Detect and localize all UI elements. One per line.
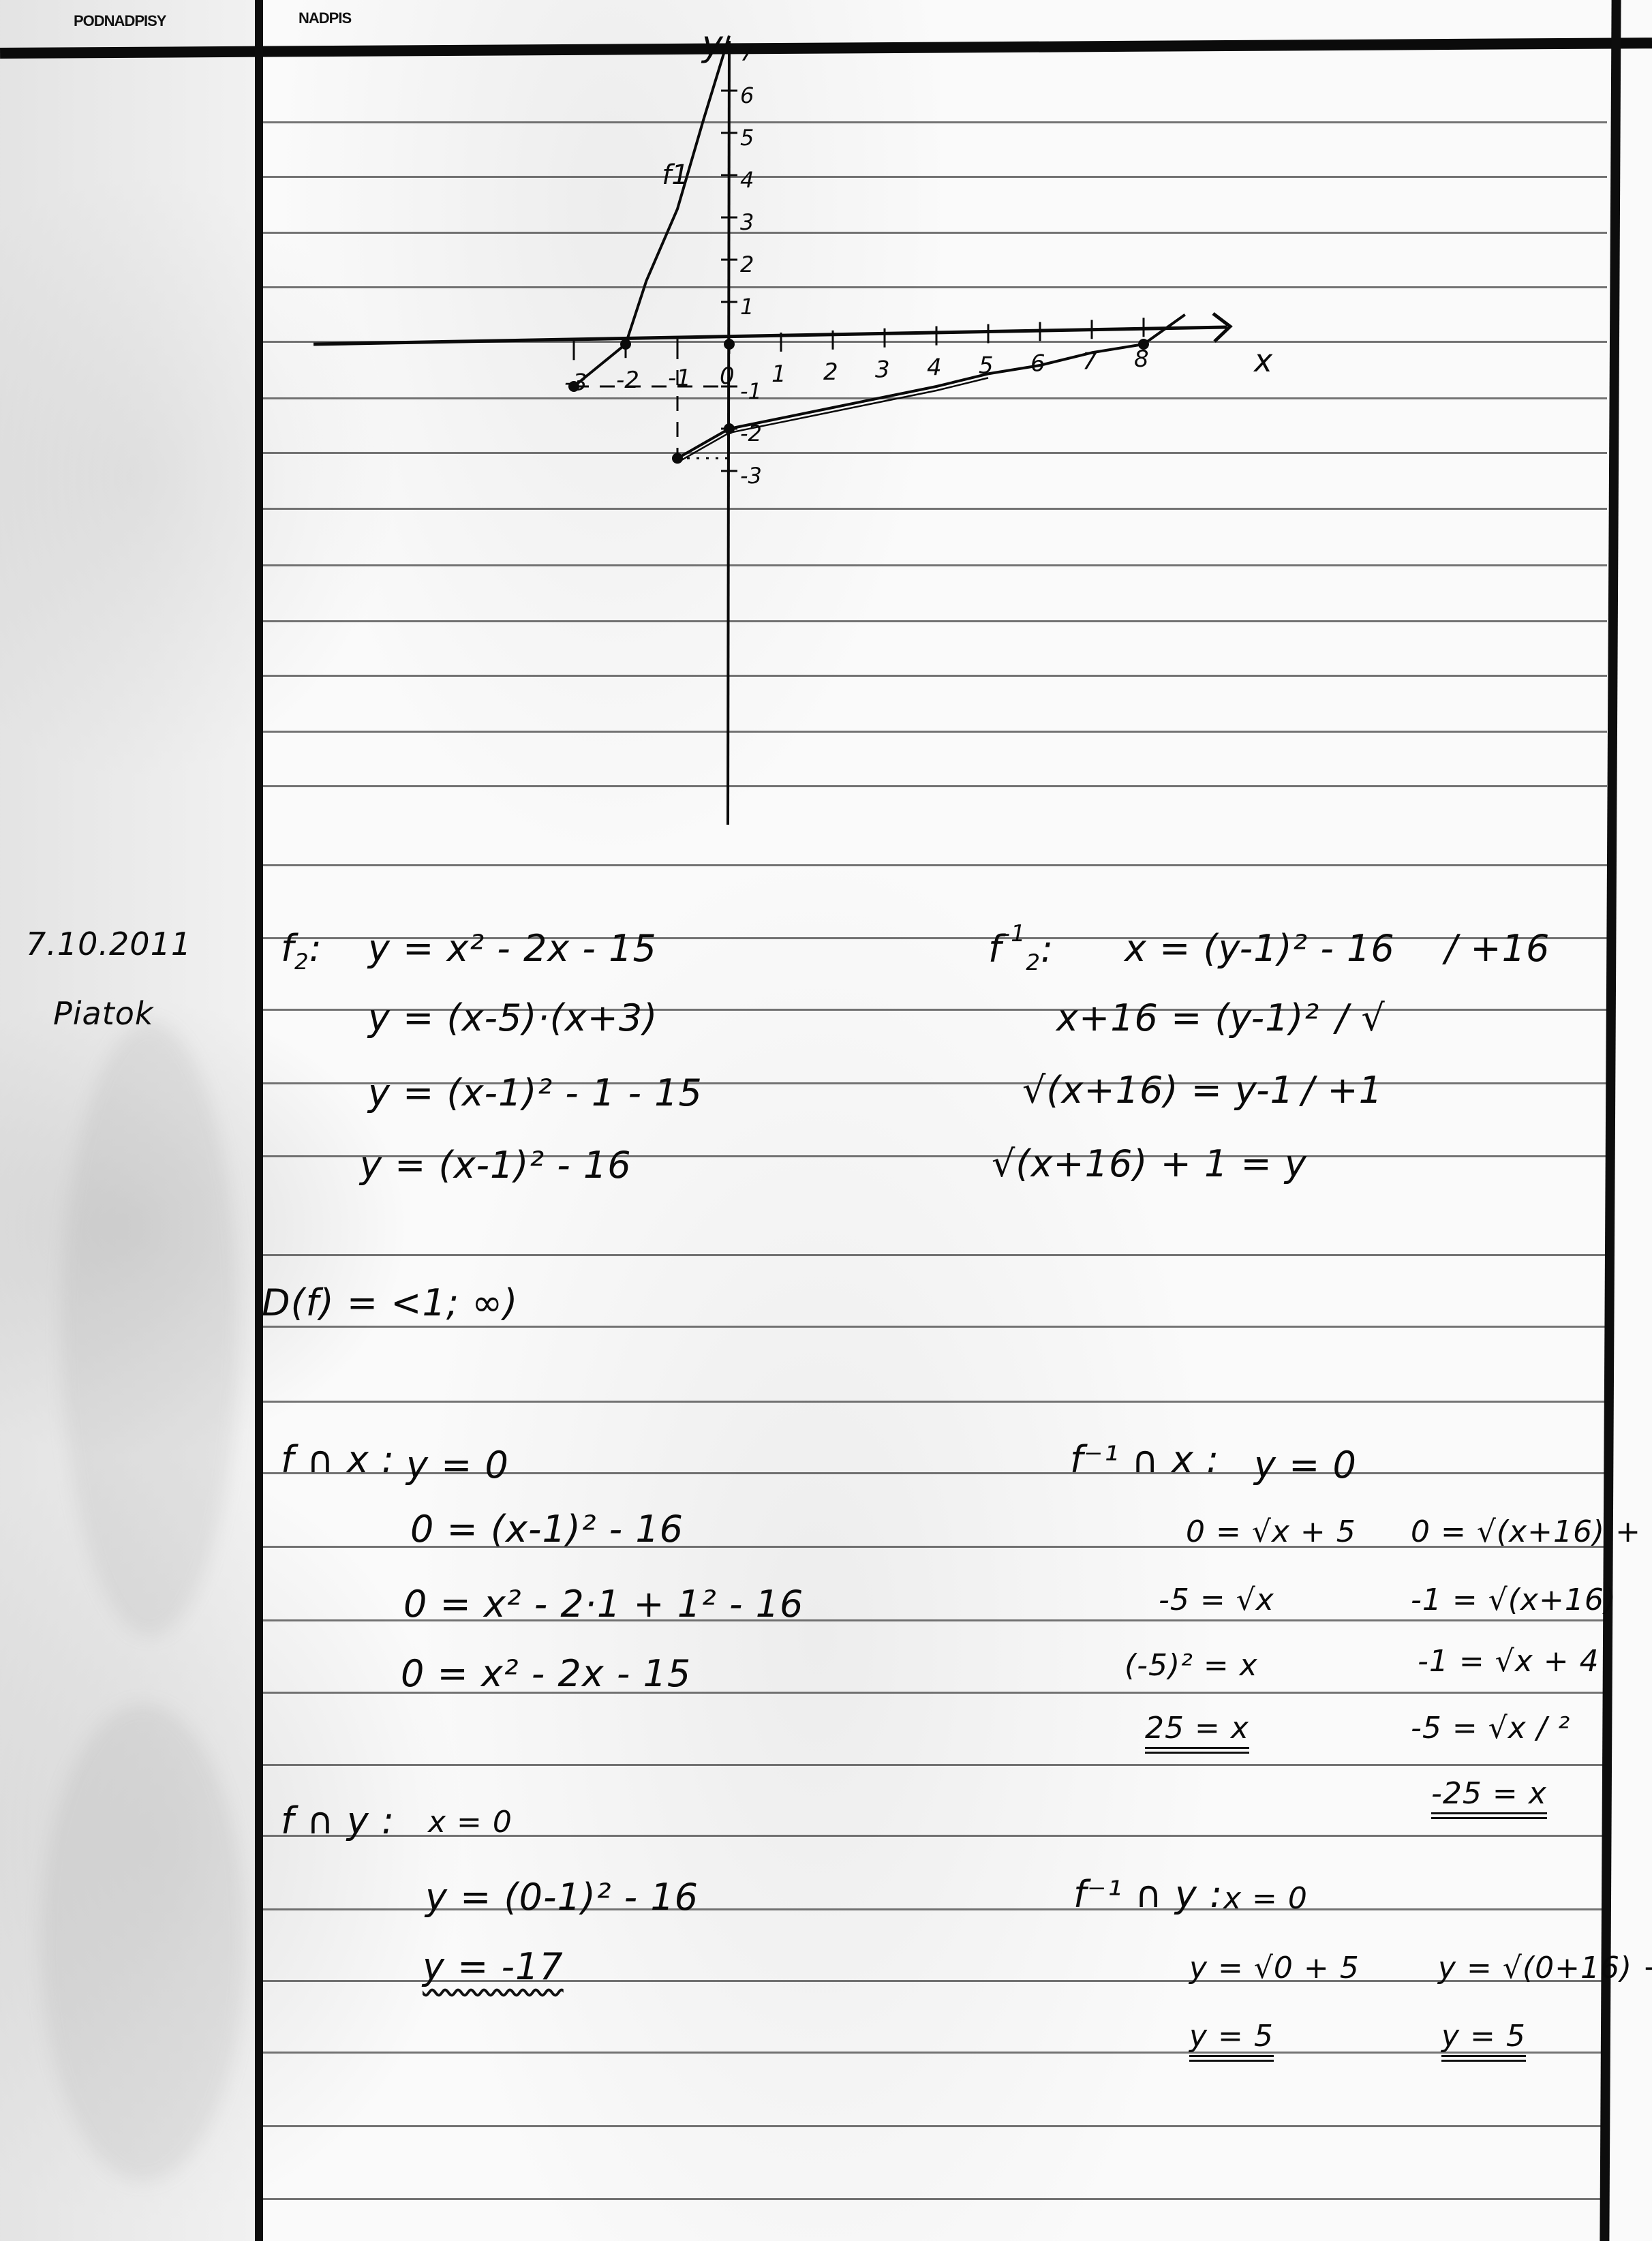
finv-cap-x-col2-result: -25 = x [1431,1776,1547,1819]
finv-cap-y-condition: x = 0 [1223,1881,1308,1916]
y-tick-label: -1 [740,378,762,404]
ruled-line [263,2198,1607,2200]
y-axis-label: y [701,24,724,65]
f2-label: f2: [281,927,322,975]
date-note: 7.10.2011 [26,926,192,962]
finv-cap-x-col2-line-4: -5 = √x / ² [1411,1711,1570,1745]
x-tick-label: 8 [1134,346,1149,373]
finv-cap-x-col2-line-3: -1 = √x + 4 [1418,1644,1600,1679]
finv-cap-y-col1-line-1: y = √0 + 5 [1189,1951,1360,1985]
ruled-line [263,1401,1607,1403]
finv-cap-x-condition: y = 0 [1254,1444,1357,1487]
f2-inverse-label: f-12: [988,920,1054,975]
finv-cap-x-col1-result: 25 = x [1145,1711,1249,1754]
marked-point [620,339,631,350]
y-tick-label: 4 [740,167,754,193]
marked-point [568,381,579,392]
f-cap-x-line-3: 0 = x² - 2x - 15 [401,1652,691,1695]
f-cap-x-line-2: 0 = x² - 2·1 + 1² - 16 [403,1583,804,1626]
x-tick-label: 2 [823,359,838,386]
x-tick-label: 3 [875,356,890,384]
finv-cap-x-col2-line-1: 0 = √(x+16) + 1 [1411,1514,1652,1549]
scan-smudge [41,1704,245,2181]
x-tick-label: -1 [668,365,691,392]
f-cap-y-heading: f ∩ y : [281,1799,395,1842]
f1-inverse-curve-overdraw [677,378,988,462]
y-tick-label: 3 [740,209,754,235]
f1-curve [574,35,729,386]
finv-cap-x-col1-line-3: (-5)² = x [1125,1648,1258,1683]
y-tick-label: 1 [740,294,754,320]
f2-inverse-op-3: / +1 [1302,1069,1383,1112]
y-tick-label: 6 [740,82,754,108]
scan-smudge [61,1022,239,1636]
finv-cap-x-heading: f⁻¹ ∩ x : [1070,1438,1219,1481]
y-tick-label: 5 [740,125,754,151]
finv-cap-y-col1-result: y = 5 [1189,2019,1274,2062]
f2-inverse-op-1: / +16 [1445,927,1550,970]
finv-cap-y-col2-result: y = 5 [1441,2019,1526,2062]
f2-inverse-line-3: √(x+16) = y-1 [1022,1069,1294,1112]
f-cap-y-result: y = -17 [423,1945,564,1988]
f-cap-y-condition: x = 0 [428,1805,513,1840]
finv-cap-x-col1-line-1: 0 = √x + 5 [1186,1514,1356,1549]
ruled-line [263,864,1607,866]
f2-line-4: y = (x-1)² - 16 [360,1144,632,1187]
f2-line-1: y = x² - 2x - 15 [368,927,657,970]
y-tick-label: 7 [740,40,754,66]
f2-line-3: y = (x-1)² - 1 - 15 [368,1071,703,1114]
ruled-line [263,2125,1607,2127]
marked-point [724,339,735,350]
marked-point [724,423,735,434]
x-axis-label: x [1253,342,1273,379]
day-note: Piatok [53,995,154,1032]
ruled-line [263,2052,1607,2054]
x-tick-label: 4 [927,354,942,382]
f-cap-x-line-1: 0 = (x-1)² - 16 [410,1508,684,1551]
domain-statement: D(f) = <1; ∞) [262,1281,518,1324]
f-cap-y-line-1: y = (0-1)² - 16 [425,1876,699,1919]
f-cap-x-heading: f ∩ x : [281,1438,395,1481]
function-graph: yxf1-3-2-10123456787654321-1-2-3 [259,0,1608,845]
f2-inverse-line-2: x+16 = (y-1)² [1056,996,1319,1039]
f2-inverse-line-1: x = (y-1)² - 16 [1125,927,1395,970]
ruled-line [263,1764,1607,1766]
f-cap-x-condition: y = 0 [406,1444,509,1487]
header-margin-label: PODNADPISY [74,12,166,30]
f2-line-2: y = (x-5)·(x+3) [368,996,658,1039]
y-tick-label: 2 [740,251,754,277]
marked-point [672,453,683,463]
marked-point [1138,339,1149,350]
f2-inverse-line-4: √(x+16) + 1 = y [992,1142,1307,1185]
ruled-line [263,1254,1607,1256]
finv-cap-x-col2-line-2: -1 = √(x+16) [1411,1583,1617,1617]
y-tick-label: -3 [740,463,762,489]
finv-cap-y-heading: f⁻¹ ∩ y : [1073,1873,1223,1916]
f2-inverse-op-2: / √ [1336,996,1386,1039]
finv-cap-x-col1-line-2: -5 = √x [1159,1583,1274,1617]
x-tick-label: -2 [616,367,639,394]
x-tick-label: 1 [771,361,786,388]
x-axis [313,327,1227,344]
finv-cap-y-col2-line-1: y = √(0+16) + 1 [1438,1951,1652,1985]
ruled-line [263,1326,1607,1328]
